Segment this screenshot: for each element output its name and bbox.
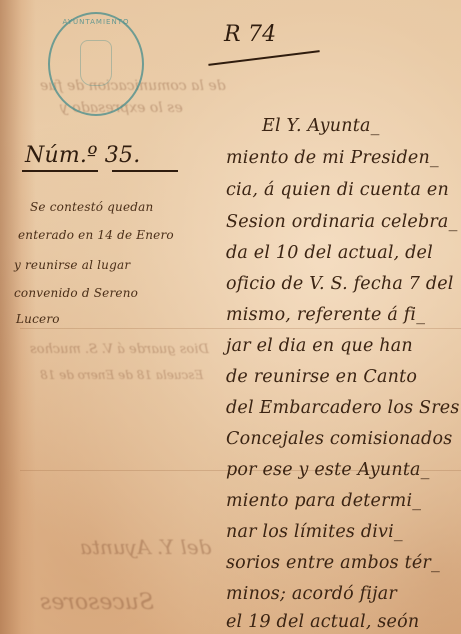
- margin-note-line: convenido d Sereno: [14, 286, 138, 300]
- body-line: Concejales comisionados: [226, 429, 452, 449]
- margin-note-line: enterado en 14 de Enero: [18, 228, 174, 242]
- body-line: nar los límites divi_: [226, 522, 403, 542]
- body-line: por ese y este Ayunta_: [226, 460, 430, 480]
- ayuntamiento-stamp: AYUNTAMIENTO: [48, 12, 144, 116]
- document-page: de la comunicacion de fue es lo expresad…: [0, 0, 461, 634]
- margin-note-line: Se contestó quedan: [30, 200, 153, 214]
- body-line: miento de mi Presiden_: [226, 148, 439, 168]
- document-number: Núm.º 35.: [25, 143, 140, 168]
- body-line: de reunirse en Canto: [226, 367, 417, 387]
- body-line: miento para determi_: [226, 491, 421, 511]
- reference-underline: [208, 50, 319, 65]
- body-line: el 19 del actual, seón: [226, 612, 419, 632]
- bleed-through-text: Escuela 18 de Enero de 18: [40, 368, 203, 382]
- margin-note-line: y reunirse al lugar: [14, 258, 130, 272]
- body-line: Sesion ordinaria celebra_: [226, 212, 458, 232]
- paper-fold-line: [20, 328, 461, 329]
- bleed-through-text: Sucesores: [40, 590, 154, 615]
- body-line: cia, á quien di cuenta en: [226, 180, 449, 200]
- body-line: oficio de V. S. fecha 7 del: [226, 274, 454, 294]
- stamp-text: AYUNTAMIENTO: [50, 18, 142, 26]
- body-line: del Embarcadero los Sres.: [226, 398, 461, 418]
- bleed-through-text: Dios guarde á V. S. muchos: [30, 342, 209, 357]
- body-line: mismo, referente á fi_: [226, 305, 425, 325]
- coat-of-arms-icon: [80, 40, 112, 86]
- bleed-through-text: del Y. Ayunta: [80, 535, 211, 559]
- number-underline: [112, 170, 178, 172]
- reference-number: R 74: [224, 22, 276, 47]
- margin-note-line: Lucero: [16, 312, 60, 326]
- body-line: da el 10 del actual, del: [226, 243, 433, 263]
- body-line: minos; acordó fijar: [226, 584, 397, 604]
- number-underline: [22, 170, 98, 172]
- body-line: jar el dia en que han: [226, 336, 413, 356]
- body-line: El Y. Ayunta_: [262, 116, 380, 136]
- body-line: sorios entre ambos tér_: [226, 553, 440, 573]
